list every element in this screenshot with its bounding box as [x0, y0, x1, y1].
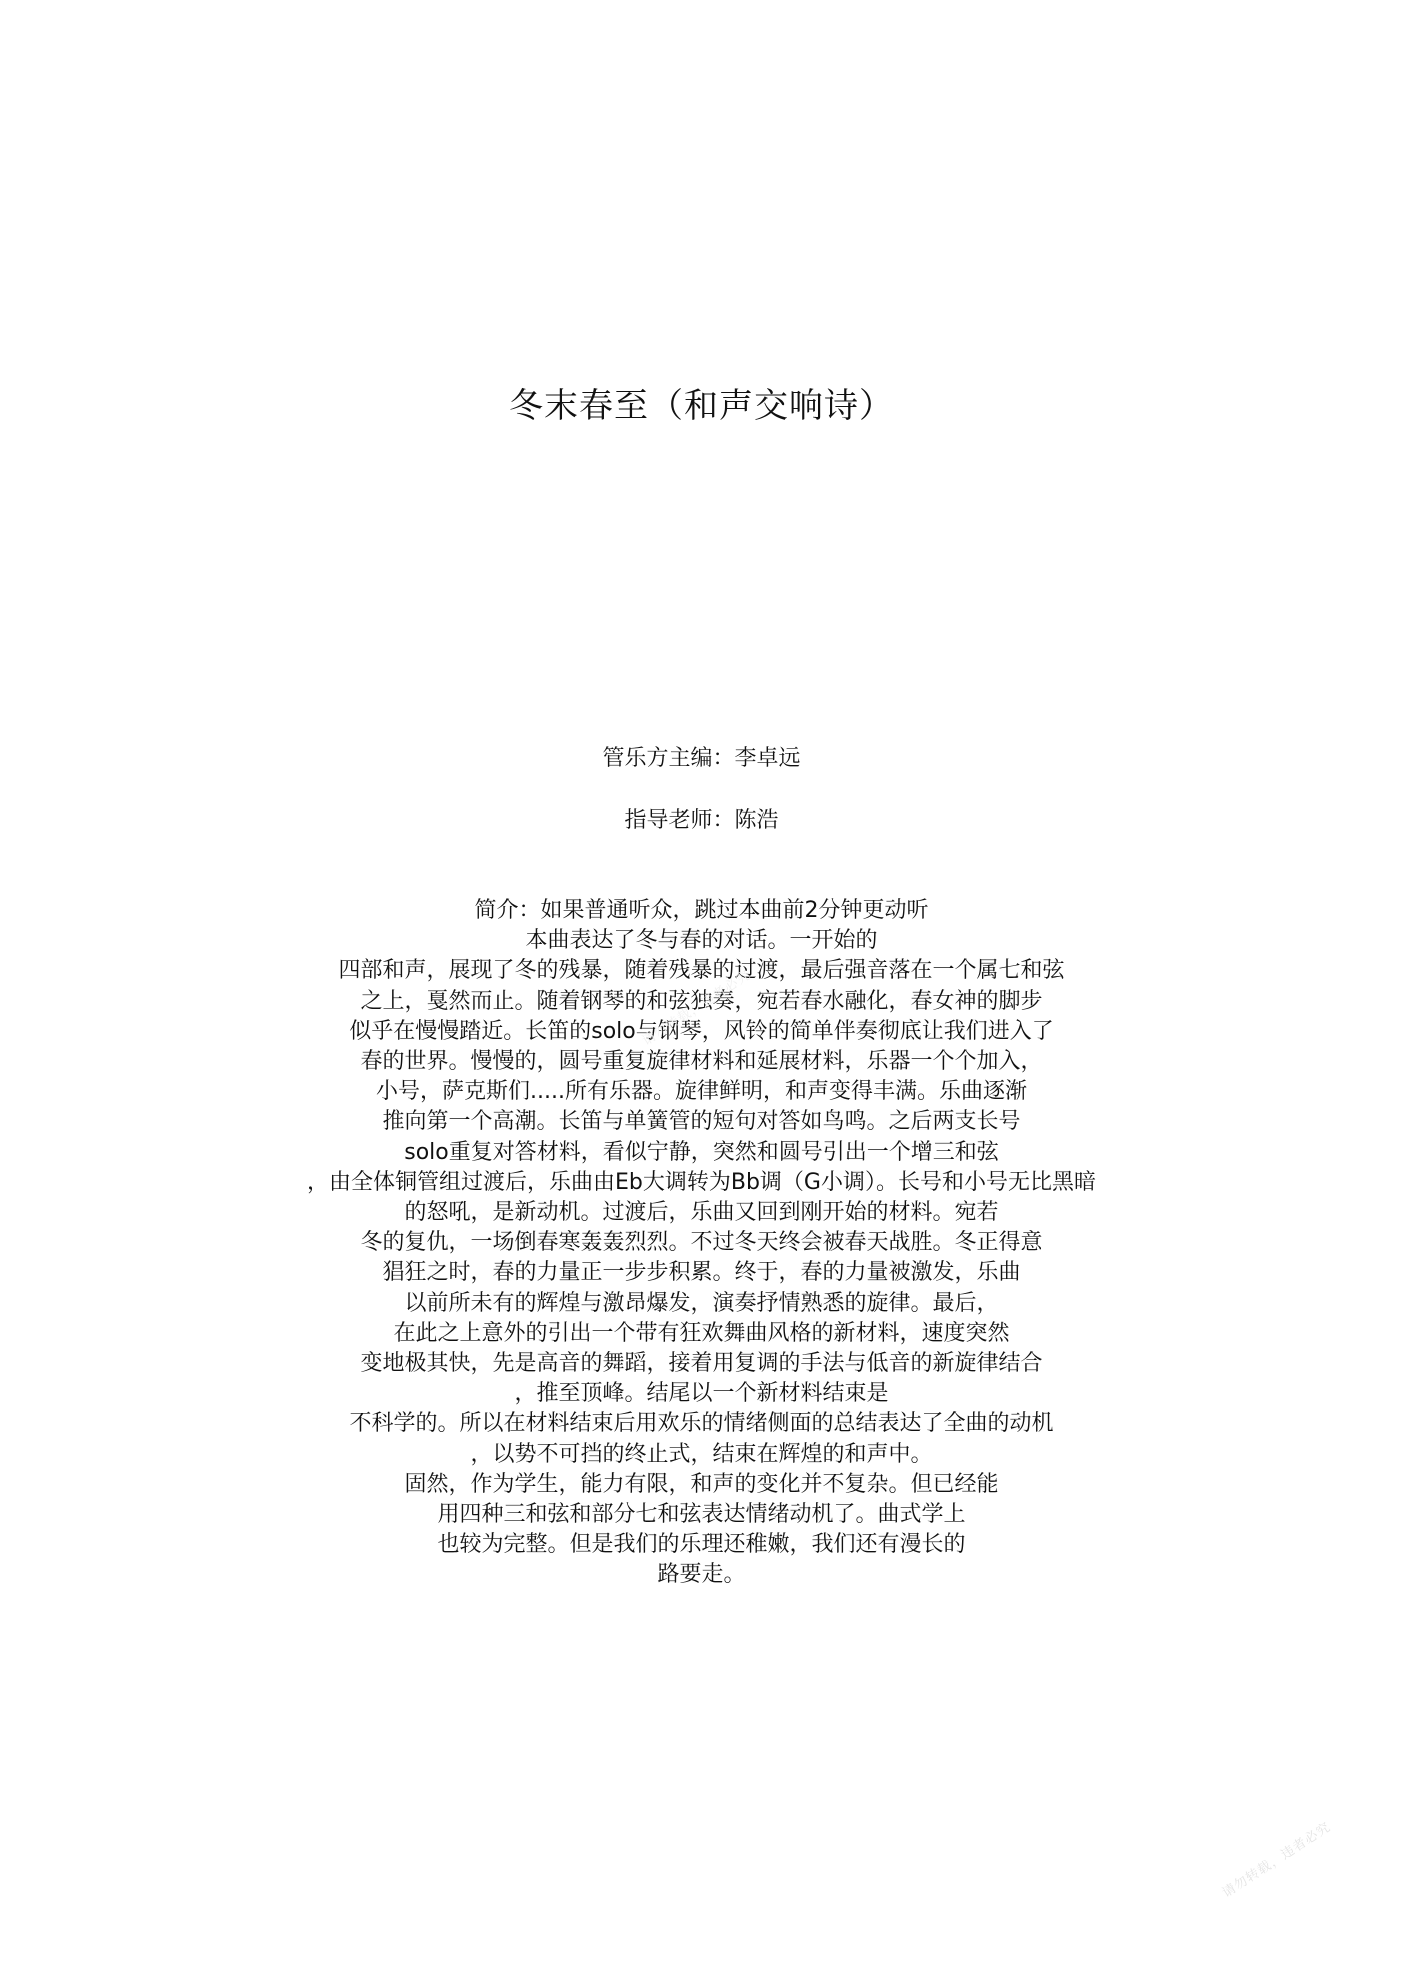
intro-line: 冬的复仇，一场倒春寒轰轰烈烈。不过冬天终会被春天战胜。冬正得意 [0, 1228, 1403, 1258]
intro-line: 小号，萨克斯们.....所有乐器。旋律鲜明，和声变得丰满。乐曲逐渐 [0, 1077, 1403, 1107]
intro-line: 推向第一个高潮。长笛与单簧管的短句对答如鸟鸣。之后两支长号 [0, 1107, 1403, 1137]
intro-line: 简介：如果普通听众，跳过本曲前2分钟更动听 [0, 896, 1403, 926]
intro-line: 猖狂之时，春的力量正一步步积累。终于，春的力量被激发，乐曲 [0, 1258, 1403, 1288]
intro-line: 也较为完整。但是我们的乐理还稚嫩，我们还有漫长的 [0, 1530, 1403, 1560]
intro-line: 用四种三和弦和部分七和弦表达情绪动机了。曲式学上 [0, 1500, 1403, 1530]
intro-line: 似乎在慢慢踏近。长笛的solo与钢琴，风铃的简单伴奏彻底让我们进入了 [0, 1017, 1403, 1047]
intro-line: 固然，作为学生，能力有限，和声的变化并不复杂。但已经能 [0, 1470, 1403, 1500]
intro-line: 路要走。 [0, 1560, 1403, 1590]
intro-line: 四部和声，展现了冬的残暴，随着残暴的过渡，最后强音落在一个属七和弦 [0, 956, 1403, 986]
intro-line: 的怒吼，是新动机。过渡后，乐曲又回到刚开始的材料。宛若 [0, 1198, 1403, 1228]
document-title: 冬末春至（和声交响诗） [0, 384, 1403, 428]
intro-line: 变地极其快，先是高音的舞蹈，接着用复调的手法与低音的新旋律结合 [0, 1349, 1403, 1379]
advisor-credit: 指导老师：陈浩 [0, 806, 1403, 836]
intro-line: 不科学的。所以在材料结束后用欢乐的情绪侧面的总结表达了全曲的动机 [0, 1409, 1403, 1439]
watermark-text: 请勿转载，违者必究 [1218, 1816, 1334, 1901]
intro-line: 本曲表达了冬与春的对话。一开始的 [0, 926, 1403, 956]
intro-line: 在此之上意外的引出一个带有狂欢舞曲风格的新材料，速度突然 [0, 1319, 1403, 1349]
intro-line: ，以势不可挡的终止式，结束在辉煌的和声中。 [0, 1440, 1403, 1470]
editor-credit: 管乐方主编：李卓远 [0, 744, 1403, 774]
document-page: 冬末春至（和声交响诗） 管乐方主编：李卓远 指导老师：陈浩 简介：如果普通听众，… [0, 0, 1403, 1985]
intro-line: ，由全体铜管组过渡后，乐曲由Eb大调转为Bb调（G小调）。长号和小号无比黑暗 [0, 1168, 1403, 1198]
intro-line: solo重复对答材料，看似宁静，突然和圆号引出一个增三和弦 [0, 1138, 1403, 1168]
intro-line: 以前所未有的辉煌与激昂爆发，演奏抒情熟悉的旋律。最后， [0, 1289, 1403, 1319]
intro-line: ，推至顶峰。结尾以一个新材料结束是 [0, 1379, 1403, 1409]
intro-line: 春的世界。慢慢的，圆号重复旋律材料和延展材料，乐器一个个加入， [0, 1047, 1403, 1077]
